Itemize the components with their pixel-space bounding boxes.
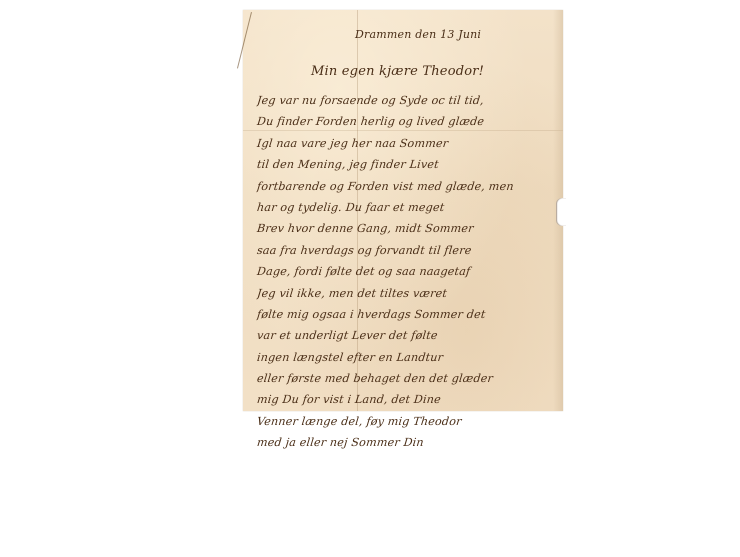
letter-dateline: Drammen den 13 Juni: [355, 28, 481, 41]
letter-salutation: Min egen kjære Theodor!: [311, 64, 484, 79]
paper-crease-mark: [237, 12, 252, 69]
letter-line: Du finder Forden herlig og lived glæde: [256, 111, 558, 132]
letter-line: Venner længe del, føy mig Theodor: [256, 411, 558, 432]
letter-line: var et underligt Lever det følte: [256, 325, 558, 346]
letter-line: mig Du for vist i Land, det Dine: [256, 389, 558, 410]
letter-line: Dage, fordi følte det og saa naagetaf: [256, 261, 558, 282]
letter-line: følte mig ogsaa i hverdags Sommer det: [256, 304, 558, 325]
document-viewer: Drammen den 13 Juni Min egen kjære Theod…: [0, 0, 740, 557]
letter-line: Brev hvor denne Gang, midt Sommer: [256, 218, 558, 239]
letter-line: Jeg vil ikke, men det tiltes været: [256, 283, 558, 304]
letter-line: Igl naa vare jeg her naa Sommer: [256, 133, 558, 154]
letter-line: saa fra hverdags og forvandt til flere: [256, 240, 558, 261]
letter-line: har og tydelig. Du faar et meget: [256, 197, 558, 218]
letter-body: Jeg var nu forsaende og Syde oc til tid,…: [257, 90, 557, 454]
letter-line: ingen længstel efter en Landtur: [256, 347, 558, 368]
letter-page: Drammen den 13 Juni Min egen kjære Theod…: [243, 10, 563, 411]
letter-line-closing: med ja eller nej Sommer Din: [256, 432, 558, 453]
paper-torn-notch: [556, 198, 566, 226]
letter-line: fortbarende og Forden vist med glæde, me…: [256, 176, 558, 197]
letter-line: Jeg var nu forsaende og Syde oc til tid,: [256, 90, 558, 111]
letter-line: til den Mening, jeg finder Livet: [256, 154, 558, 175]
letter-line: eller første med behaget den det glæder: [256, 368, 558, 389]
